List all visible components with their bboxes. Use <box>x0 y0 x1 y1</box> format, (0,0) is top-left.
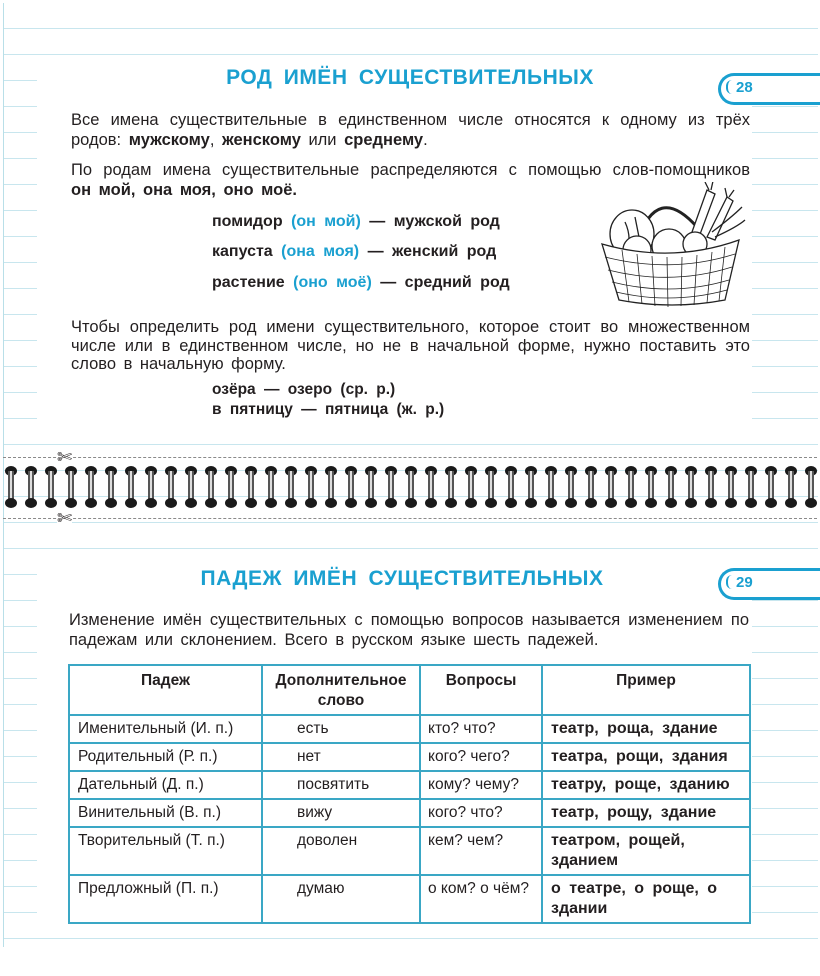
vegetable-basket-image <box>597 182 747 307</box>
case-name-cell: Винительный (В. п.) <box>69 799 262 827</box>
spiral-ring <box>642 466 662 508</box>
example-cell: театр, рощу, здание <box>542 799 750 827</box>
gender-example-neuter: растение (оно моё) — средний род <box>212 274 510 292</box>
spiral-ring <box>462 466 482 508</box>
spiral-ring <box>662 466 682 508</box>
case-name-cell: Предложный (П. п.) <box>69 875 262 923</box>
table-header-row: Падеж Дополнительное слово Вопросы Приме… <box>69 665 750 715</box>
page-number: 29 <box>736 574 753 591</box>
scissors-icon-bottom: ✄ <box>57 509 72 527</box>
spiral-ring <box>202 466 222 508</box>
spiral-ring <box>622 466 642 508</box>
spiral-ring <box>482 466 502 508</box>
spiral-ring <box>442 466 462 508</box>
spiral-ring <box>142 466 162 508</box>
spiral-ring <box>302 466 322 508</box>
spiral-binding <box>2 466 820 508</box>
example-cell: о театре, о роще, о здании <box>542 875 750 923</box>
plural-rule-paragraph: Чтобы определить род имени существительн… <box>71 318 750 374</box>
form-example-2: в пятницу — пятница (ж. р.) <box>212 401 444 419</box>
spiral-ring <box>382 466 402 508</box>
table-row: Дательный (Д. п.)посвятитькому? чему?теа… <box>69 771 750 799</box>
spiral-ring <box>582 466 602 508</box>
spiral-ring <box>2 466 22 508</box>
case-name-cell: Творительный (Т. п.) <box>69 827 262 875</box>
section-title-case: ПАДЕЖ ИМЁН СУЩЕСТВИТЕЛЬНЫХ <box>0 567 812 591</box>
header-case: Падеж <box>69 665 262 715</box>
questions-cell: кто? что? <box>420 715 542 743</box>
table-row: Предложный (П. п.)думаюо ком? о чём?о те… <box>69 875 750 923</box>
spiral-ring <box>162 466 182 508</box>
questions-cell: кем? чем? <box>420 827 542 875</box>
spiral-ring <box>762 466 782 508</box>
spiral-ring <box>782 466 802 508</box>
form-example-1: озёра — озеро (ср. р.) <box>212 381 395 399</box>
case-name-cell: Родительный (Р. п.) <box>69 743 262 771</box>
spiral-ring <box>262 466 282 508</box>
spiral-ring <box>542 466 562 508</box>
table-row: Родительный (Р. п.)неткого? чего?театра,… <box>69 743 750 771</box>
spiral-ring <box>242 466 262 508</box>
spiral-ring <box>182 466 202 508</box>
extra-word-cell: думаю <box>262 875 420 923</box>
example-cell: театра, рощи, здания <box>542 743 750 771</box>
spiral-ring <box>502 466 522 508</box>
questions-cell: кого? что? <box>420 799 542 827</box>
extra-word-cell: нет <box>262 743 420 771</box>
page-tab-28: 28 <box>718 73 820 105</box>
spiral-ring <box>422 466 442 508</box>
cut-line-top <box>3 457 817 458</box>
extra-word-cell: вижу <box>262 799 420 827</box>
spiral-ring <box>742 466 762 508</box>
spiral-ring <box>222 466 242 508</box>
spiral-ring <box>102 466 122 508</box>
example-cell: театру, роще, зданию <box>542 771 750 799</box>
page-tab-29: 29 <box>718 568 820 600</box>
spiral-ring <box>402 466 422 508</box>
example-cell: театр, роща, здание <box>542 715 750 743</box>
spiral-ring <box>802 466 820 508</box>
gender-intro-paragraph: Все имена существительные в единственном… <box>71 110 750 150</box>
extra-word-cell: доволен <box>262 827 420 875</box>
example-cell: театром, рощей, зданием <box>542 827 750 875</box>
spiral-ring <box>42 466 62 508</box>
table-row: Винительный (В. п.)вижукого? что?театр, … <box>69 799 750 827</box>
table-row: Именительный (И. п.)естькто? что?театр, … <box>69 715 750 743</box>
gender-example-masculine: помидор (он мой) — мужской род <box>212 213 500 231</box>
spiral-ring <box>282 466 302 508</box>
spiral-ring <box>82 466 102 508</box>
header-questions: Вопросы <box>420 665 542 715</box>
spiral-ring <box>342 466 362 508</box>
gender-example-feminine: капуста (она моя) — женский род <box>212 243 496 261</box>
extra-word-cell: есть <box>262 715 420 743</box>
spiral-ring <box>682 466 702 508</box>
spiral-ring <box>522 466 542 508</box>
case-name-cell: Дательный (Д. п.) <box>69 771 262 799</box>
extra-word-cell: посвятить <box>262 771 420 799</box>
case-intro-paragraph: Изменение имён существительных с помощью… <box>69 610 749 650</box>
spiral-ring <box>122 466 142 508</box>
cut-line-bottom <box>3 518 817 519</box>
spiral-ring <box>62 466 82 508</box>
questions-cell: кому? чему? <box>420 771 542 799</box>
header-example: Пример <box>542 665 750 715</box>
spiral-ring <box>22 466 42 508</box>
spiral-ring <box>562 466 582 508</box>
header-extra-word: Дополнительное слово <box>262 665 420 715</box>
page-number: 28 <box>736 79 753 96</box>
spiral-ring <box>722 466 742 508</box>
spiral-ring <box>322 466 342 508</box>
questions-cell: о ком? о чём? <box>420 875 542 923</box>
cases-table: Падеж Дополнительное слово Вопросы Приме… <box>68 664 751 924</box>
tab-tick-icon <box>726 575 732 589</box>
section-title-gender: РОД ИМЁН СУЩЕСТВИТЕЛЬНЫХ <box>0 66 820 90</box>
scissors-icon-top: ✄ <box>57 448 72 466</box>
case-name-cell: Именительный (И. п.) <box>69 715 262 743</box>
spiral-ring <box>702 466 722 508</box>
spiral-ring <box>362 466 382 508</box>
table-row: Творительный (Т. п.)доволенкем? чем?теат… <box>69 827 750 875</box>
questions-cell: кого? чего? <box>420 743 542 771</box>
tab-tick-icon <box>726 80 732 94</box>
spiral-ring <box>602 466 622 508</box>
